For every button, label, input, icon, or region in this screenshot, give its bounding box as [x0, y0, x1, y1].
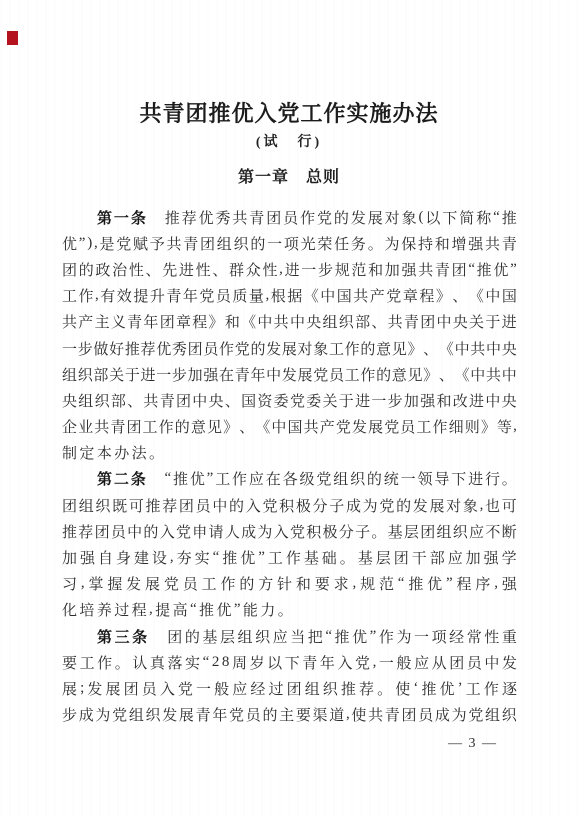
text-line: 一步做好推荐优秀团员作党的发展对象工作的意见》、《中共中央	[62, 335, 517, 361]
document-subtitle: (试 行)	[0, 131, 578, 151]
document-title: 共青团推优入党工作实施办法	[0, 97, 578, 128]
chapter-heading: 第一章 总则	[0, 164, 578, 187]
text-line: 习,掌握发展党员工作的方针和要求,规范“推优”程序,强	[62, 571, 517, 597]
text-line: 工作,有效提升青年党员质量,根据《中国共产党章程》、《中国	[62, 283, 517, 309]
text-line: 展;发展团员入党一般应经过团组织推荐。使‘推优’工作逐	[62, 675, 517, 701]
text-line: 制定本办法。	[62, 440, 517, 466]
text-line: 化培养过程,提高“推优”能力。	[62, 597, 517, 623]
text-line: 优”),是党赋予共青团组织的一项光荣任务。为保持和增强共青	[62, 230, 517, 256]
red-stamp-mark	[7, 31, 18, 45]
text-line: 第二条 “推优”工作应在各级党组织的统一领导下进行。	[62, 466, 517, 492]
text-line: 企业共青团工作的意见》、《中国共产党发展党员工作细则》等,	[62, 414, 517, 440]
text-line: 组织部关于进一步加强在青年中发展党员工作的意见》、《中共中	[62, 361, 517, 387]
text-line: 团组织既可推荐团员中的入党积极分子成为党的发展对象,也可	[62, 492, 517, 518]
document-body: 第一条 推荐优秀共青团员作党的发展对象(以下简称“推优”),是党赋予共青团组织的…	[62, 204, 517, 728]
text-line: 第三条 团的基层组织应当把“推优”作为一项经常性重	[62, 623, 517, 649]
text-line: 第一条 推荐优秀共青团员作党的发展对象(以下简称“推	[62, 204, 517, 230]
page-number: — 3 —	[448, 736, 498, 752]
text-line: 共产主义青年团章程》和《中共中央组织部、共青团中央关于进	[62, 309, 517, 335]
text-line: 推荐团员中的入党申请人成为入党积极分子。基层团组织应不断	[62, 518, 517, 544]
text-line: 央组织部、共青团中央、国资委党委关于进一步加强和改进中央	[62, 387, 517, 413]
text-line: 要工作。认真落实“28周岁以下青年入党,一般应从团员中发	[62, 649, 517, 675]
text-line: 团的政治性、先进性、群众性,进一步规范和加强共青团“推优”	[62, 256, 517, 282]
text-line: 加强自身建设,夯实“推优”工作基础。基层团干部应加强学	[62, 544, 517, 570]
text-line: 步成为党组织发展青年党员的主要渠道,使共青团员成为党组织	[62, 702, 517, 728]
document-page: 共青团推优入党工作实施办法 (试 行) 第一章 总则 第一条 推荐优秀共青团员作…	[0, 0, 578, 818]
